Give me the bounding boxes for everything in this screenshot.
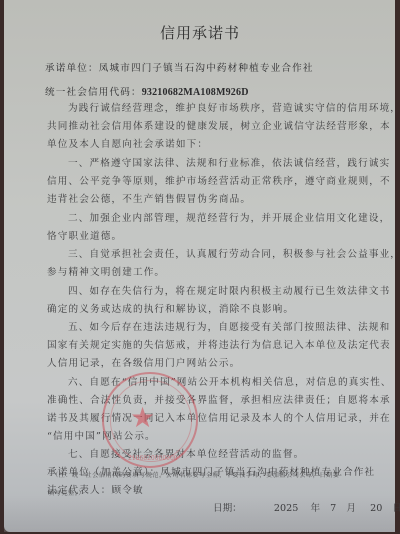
committing-unit-label: 承诺单位： bbox=[45, 63, 99, 74]
seal-code: 2106820000000 bbox=[128, 455, 178, 462]
credit-code-value: 93210682MA108M926D bbox=[142, 87, 249, 98]
date-year-unit: 年 bbox=[310, 503, 320, 514]
date-day-unit: 日 bbox=[392, 503, 400, 514]
item-3-line-1: 三、自觉承担社会责任，认真履行劳动合同，积极参与社会公益事业， bbox=[68, 246, 400, 260]
item-5-line-3: 人信用记录，在各级信用门户网站公示。 bbox=[47, 355, 240, 369]
date-month: 7 bbox=[330, 503, 336, 514]
date-year: 2025 bbox=[274, 503, 298, 514]
seal-star-icon: ★ bbox=[130, 404, 155, 432]
intro-line-3: 单位及本人自愿向社会承诺如下： bbox=[47, 136, 208, 150]
footnote-line-2: 填写完整。） bbox=[48, 488, 85, 497]
date-month-unit: 月 bbox=[346, 503, 356, 514]
intro-line-1: 为践行诚信经营理念，维护良好市场秩序，营造诚实守信的信用环境， bbox=[68, 100, 400, 114]
credit-code-label: 统一社会信用代码： bbox=[45, 87, 142, 98]
item-1-line-1: 一、严格遵守国家法律、法规和行业标准，依法诚信经营，践行诚实 bbox=[68, 155, 390, 169]
item-4-line-2: 确定的义务或达成的执行和解协议，消除不良影响。 bbox=[47, 301, 294, 315]
credit-code-row: 统一社会信用代码：93210682MA108M926D bbox=[45, 84, 249, 98]
item-3-line-2: 参与精神文明创建工作。 bbox=[47, 264, 165, 278]
item-5-line-1: 五、如今后存在违法违规行为，自愿接受有关部门按照法律、法规和 bbox=[68, 319, 390, 333]
committing-unit-row: 承诺单位：凤城市四门子镇当石沟中药材种植专业合作社 bbox=[45, 60, 314, 74]
item-1-line-3: 违背社会公德，不生产销售假冒伪劣商品。 bbox=[47, 191, 251, 205]
date-row: 日期： 2025 年 7 月 20 日 bbox=[213, 500, 400, 514]
document-title: 信用承诺书 bbox=[0, 22, 400, 43]
item-6-line-2: 准确性、合法性负责，并接受各界监督，承担相应法律责任；自愿将本承 bbox=[47, 392, 391, 406]
item-5-line-2: 国家有关规定实施的失信惩戒，并将违法行为信息记入本单位及法定代表 bbox=[47, 337, 391, 351]
item-6-line-3: 诺书及其履行情况一同记入本单位信用记录及本人的个人信用记录，并在 bbox=[47, 410, 391, 424]
item-1-line-2: 信用、公平竞争等原则，维护市场经营活动正常秩序，遵守商业规则，不 bbox=[47, 173, 391, 187]
date-day: 20 bbox=[370, 503, 382, 514]
date-label: 日期： bbox=[213, 503, 242, 514]
committing-unit-name: 凤城市四门子镇当石沟中药材种植专业合作社 bbox=[99, 63, 314, 74]
intro-line-2: 共同推动社会信用体系建设的健康发展，树立企业诚信守法经营形象，本 bbox=[47, 118, 391, 132]
item-4-line-1: 四、如存在失信行为，将在规定时限内积极主动履行已生效法律文书 bbox=[68, 283, 390, 297]
legal-rep-name: 顾令敏 bbox=[111, 485, 143, 496]
footnote-line-1: （注：统一社会信用代码要填写规范，公司名称要写全称，不要按手印，要加盖公司公章，… bbox=[52, 470, 340, 479]
item-2-line-1: 二、加强企业内部管理，规范经营行为，并开展企业信用文化建设， bbox=[68, 210, 390, 224]
item-2-line-2: 恪守职业道德。 bbox=[47, 228, 122, 242]
